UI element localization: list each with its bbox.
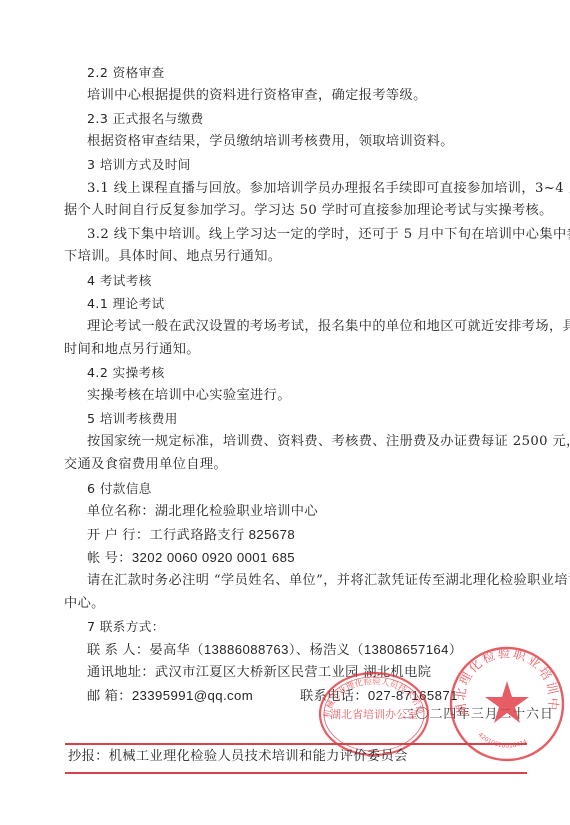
paragraph-wrap: 时间和地点另行通知。 xyxy=(64,342,200,358)
account-number: 帐 号：3202 0060 0920 0001 685 xyxy=(87,550,295,566)
svg-text:4201061001641​4: 4201061001641​4 xyxy=(477,731,529,749)
paragraph-wrap: 交通及食宿费用单位自理。 xyxy=(64,457,227,473)
paragraph: 实操考核在培训中心实验室进行。 xyxy=(87,388,291,404)
payee-name: 单位名称：湖北理化检验职业培训中心 xyxy=(87,504,318,520)
paragraph-wrap: 据个人时间自行反复参加学习。学习达 50 学时可直接参加理论考试与实操考核。 xyxy=(64,203,553,219)
paragraph-wrap: 下培训。具体时间、地点另行通知。 xyxy=(64,249,281,265)
document-page: 2.2 资格审查 培训中心根据提供的资料进行资格审查，确定报考等级。 2.3 正… xyxy=(0,0,570,825)
paragraph: 请在汇款时务必注明 “学员姓名、单位”，并将汇款凭证传至湖北理化检验职业培训 xyxy=(87,573,570,589)
paragraph: 培训中心根据提供的资料进行资格审查，确定报考等级。 xyxy=(87,88,427,104)
heading-5: 5 培训考核费用 xyxy=(87,411,178,427)
paragraph: 根据资格审查结果，学员缴纳培训考核费用，领取培训资料。 xyxy=(87,134,454,150)
heading-4-1: 4.1 理论考试 xyxy=(87,296,165,312)
heading-2-2: 2.2 资格审查 xyxy=(87,65,165,81)
cc-line: 抄报：机械工业理化检验人员技术培训和能力评价委员会 xyxy=(68,749,408,765)
heading-7: 7 联系方式： xyxy=(87,619,165,635)
top-rule-line xyxy=(65,743,527,745)
heading-4-2: 4.2 实操考核 xyxy=(87,365,165,381)
paragraph-wrap: 中心。 xyxy=(64,596,105,612)
bottom-rule-line xyxy=(65,772,527,774)
heading-6: 6 付款信息 xyxy=(87,481,152,497)
contact-persons: 联 系 人：晏高华（13886088763）、杨浩义（13808657164） xyxy=(87,642,463,658)
contact-address: 通讯地址：武汉市江夏区大桥新区民营工业园 湖北机电院 xyxy=(87,665,431,681)
paragraph: 3.2 线下集中培训。线上学习达一定的学时，还可于 5 月中下旬在培训中心集中参… xyxy=(87,227,570,243)
heading-4: 4 考试考核 xyxy=(87,273,152,289)
contact-phone: 联系电话：027-87165871 xyxy=(300,688,458,704)
contact-email: 邮 箱：23395991@qq.com xyxy=(87,688,253,704)
issue-date: 二〇二四年三月二十六日 xyxy=(402,703,554,722)
heading-3: 3 培训方式及时间 xyxy=(87,157,191,173)
paragraph: 理论考试一般在武汉设置的考场考试，报名集中的单位和地区可就近安排考场，具体 xyxy=(87,319,570,335)
paragraph: 按国家统一规定标准，培训费、资料费、考核费、注册费及办证费每证 2500 元，学… xyxy=(87,434,570,450)
paragraph: 3.1 线上课程直播与回放。参加培训学员办理报名手续即可直接参加培训，3~4 月… xyxy=(87,181,570,197)
heading-2-3: 2.3 正式报名与缴费 xyxy=(87,111,204,127)
bank-name: 开 户 行：工行武珞路支行 825678 xyxy=(87,527,295,543)
